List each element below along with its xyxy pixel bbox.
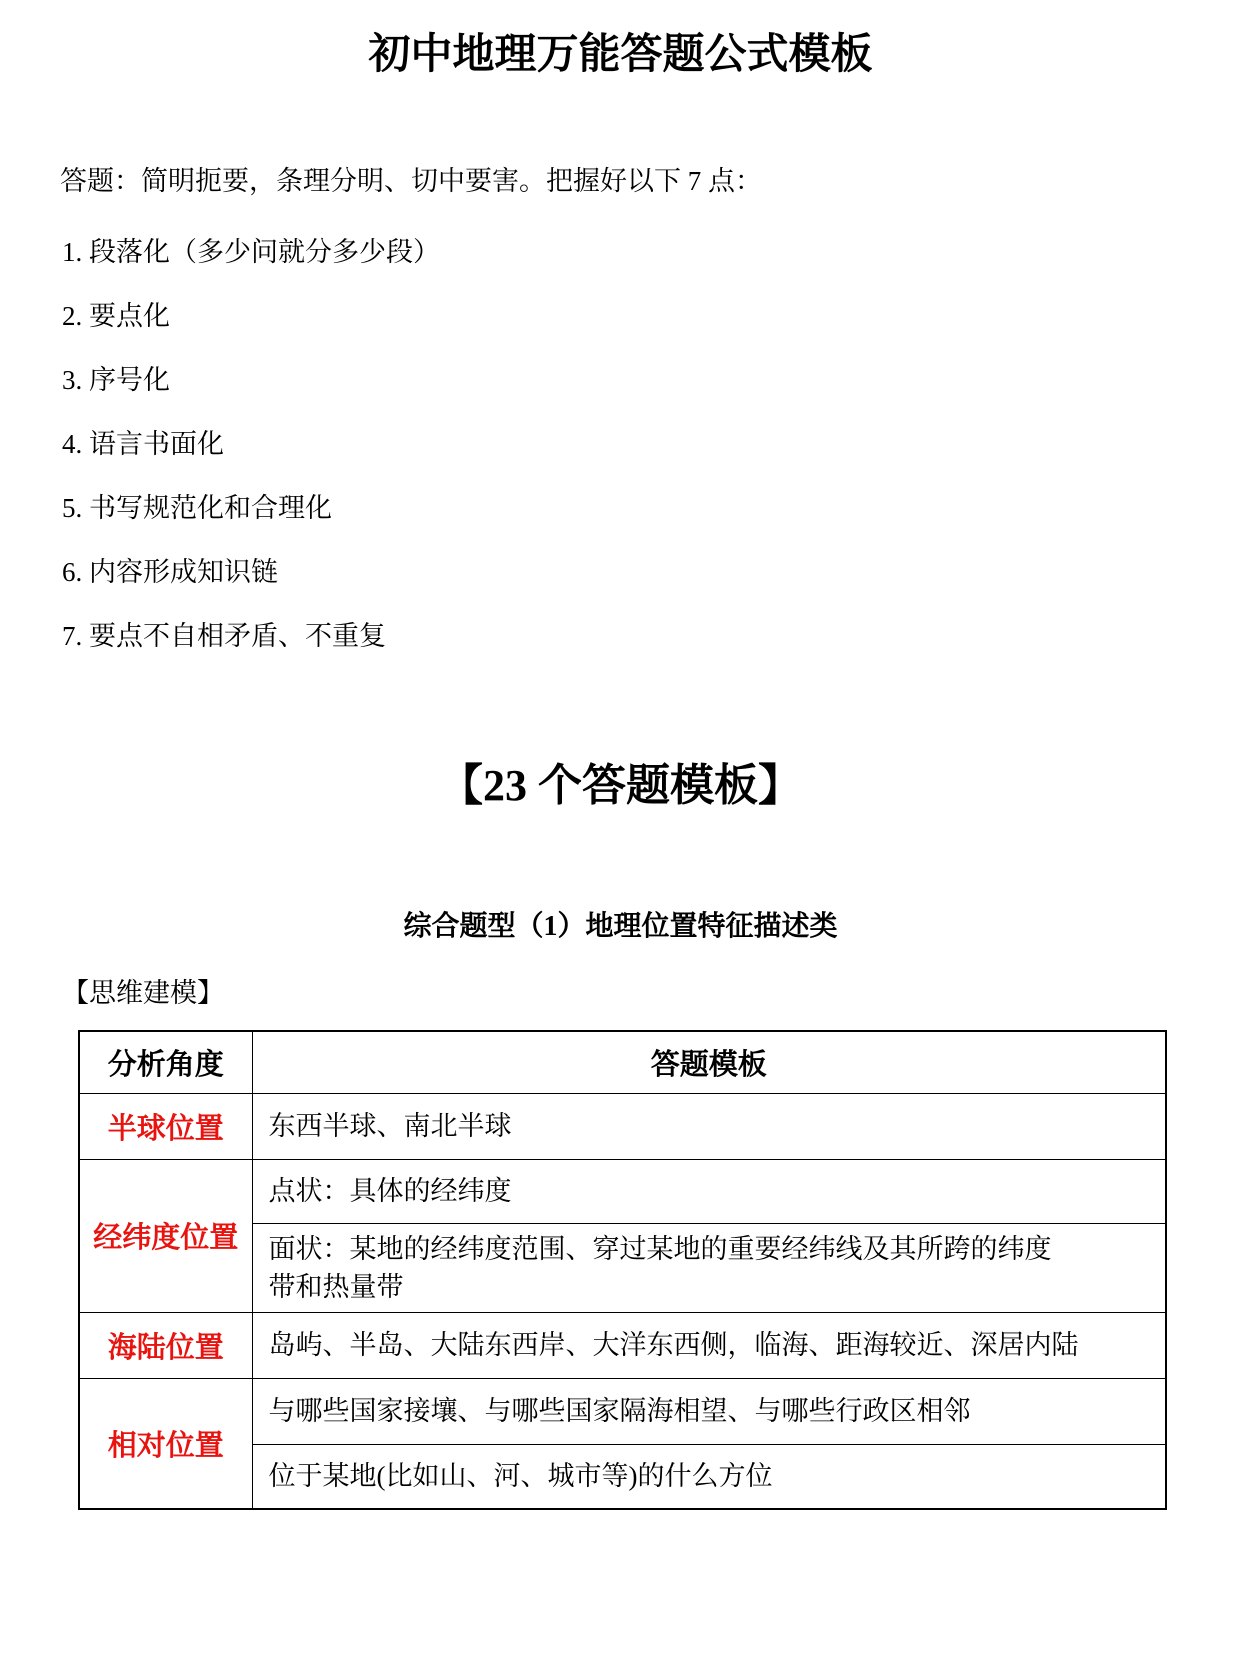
guideline-item: 2. 要点化 [62,301,1181,332]
row-content: 岛屿、半岛、大陆东西岸、大洋东西侧，临海、距海较近、深居内陆 [252,1312,1166,1378]
row-label-latlon-position: 经纬度位置 [79,1159,252,1312]
guideline-item: 4. 语言书面化 [62,429,1181,460]
row-content: 面状：某地的经纬度范围、穿过某地的重要经纬线及其所跨的纬度带和热量带 [252,1223,1166,1312]
guideline-item: 5. 书写规范化和合理化 [62,493,1181,524]
column-header-answer-template: 答题模板 [252,1031,1166,1093]
guideline-item: 7. 要点不自相矛盾、不重复 [62,621,1181,652]
table-row: 半球位置 东西半球、南北半球 [79,1093,1166,1159]
document-page: 初中地理万能答题公式模板 答题：简明扼要，条理分明、切中要害。把握好以下 7 点… [0,0,1241,1653]
subsection-heading: 综合题型（1）地理位置特征描述类 [0,910,1241,944]
table-row: 经纬度位置 点状：具体的经纬度 [79,1159,1166,1223]
row-content: 东西半球、南北半球 [252,1093,1166,1159]
column-header-analysis-angle: 分析角度 [79,1031,252,1093]
table-header-row: 分析角度 答题模板 [79,1031,1166,1093]
row-label-relative-position: 相对位置 [79,1378,252,1509]
row-content: 与哪些国家接壤、与哪些国家隔海相望、与哪些行政区相邻 [252,1378,1166,1444]
row-label-land-sea-position: 海陆位置 [79,1312,252,1378]
section-heading: 【23 个答题模板】 [0,760,1241,812]
table-row: 相对位置 与哪些国家接壤、与哪些国家隔海相望、与哪些行政区相邻 [79,1378,1166,1444]
analysis-table: 分析角度 答题模板 半球位置 东西半球、南北半球 经纬度位置 点状：具体的经纬度… [78,1030,1167,1510]
thinking-model-label: 【思维建模】 [62,977,1181,1009]
page-title: 初中地理万能答题公式模板 [0,0,1241,80]
table-row: 海陆位置 岛屿、半岛、大陆东西岸、大洋东西侧，临海、距海较近、深居内陆 [79,1312,1166,1378]
row-content-text: 面状：某地的经纬度范围、穿过某地的重要经纬线及其所跨的纬度带和热量带 [269,1230,1069,1306]
guideline-item: 1. 段落化（多少问就分多少段） [62,237,1181,268]
row-content: 位于某地(比如山、河、城市等)的什么方位 [252,1444,1166,1509]
row-content: 点状：具体的经纬度 [252,1159,1166,1223]
intro-paragraph: 答题：简明扼要，条理分明、切中要害。把握好以下 7 点： [60,165,1181,197]
guideline-item: 6. 内容形成知识链 [62,557,1181,588]
row-label-hemisphere-position: 半球位置 [79,1093,252,1159]
guideline-item: 3. 序号化 [62,365,1181,396]
guidelines-list: 1. 段落化（多少问就分多少段） 2. 要点化 3. 序号化 4. 语言书面化 … [62,237,1181,652]
